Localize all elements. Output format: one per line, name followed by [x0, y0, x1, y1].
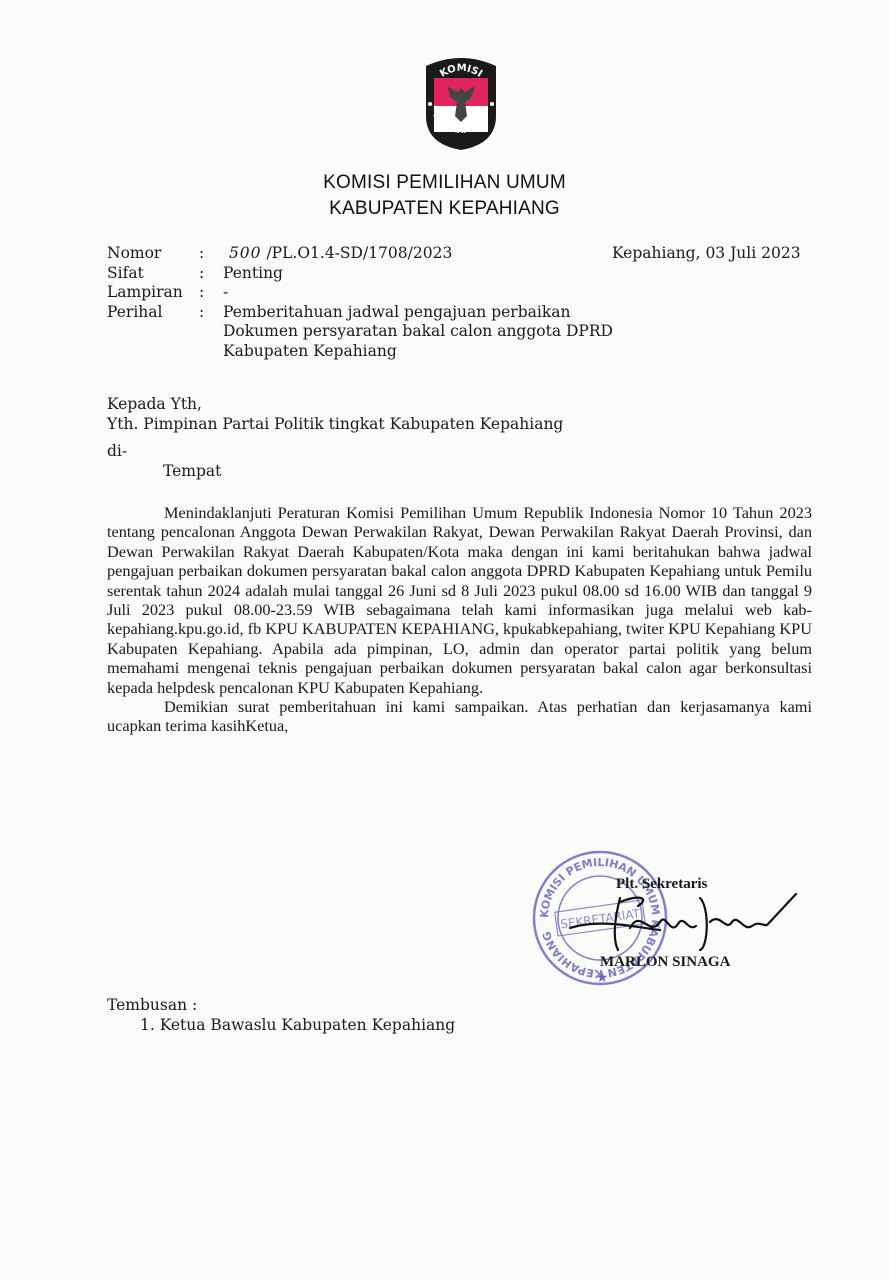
letter-meta: Nomor : 500 /PL.O1.4-SD/1708/2023 Sifat …: [107, 244, 643, 361]
place-date: Kepahiang, 03 Juli 2023: [612, 244, 801, 262]
sifat-label: Sifat: [107, 264, 199, 284]
tembusan: Tembusan : 1. Ketua Bawaslu Kabupaten Ke…: [107, 995, 455, 1035]
lampiran-value: -: [223, 283, 643, 303]
meta-nomor: Nomor : 500 /PL.O1.4-SD/1708/2023: [107, 244, 643, 264]
address-di: di-: [107, 442, 563, 462]
body-paragraph-1: Menindaklanjuti Peraturan Komisi Pemilih…: [107, 503, 812, 697]
nomor-handwritten: 500: [223, 244, 262, 262]
nomor-label: Nomor: [107, 244, 199, 264]
kpu-logo-icon: KOMISI PEMILIHAN UMUM: [418, 52, 504, 152]
colon: :: [199, 244, 223, 264]
perihal-label: Perihal: [107, 303, 199, 362]
colon: :: [199, 264, 223, 284]
colon: :: [199, 283, 223, 303]
meta-sifat: Sifat : Penting: [107, 264, 643, 284]
colon: :: [199, 303, 223, 362]
tembusan-label: Tembusan :: [107, 995, 455, 1015]
meta-perihal: Perihal : Pemberitahuan jadwal pengajuan…: [107, 303, 643, 362]
perihal-value: Pemberitahuan jadwal pengajuan perbaikan…: [223, 303, 613, 362]
svg-text:★: ★: [596, 971, 609, 986]
sifat-value: Penting: [223, 264, 643, 284]
body-paragraph-2: Demikian surat pemberitahuan ini kami sa…: [107, 697, 812, 736]
signature-block: KOMISI PEMILIHAN UMUM KABUPATEN KEPAHIAN…: [530, 848, 800, 1008]
nomor-value: 500 /PL.O1.4-SD/1708/2023: [223, 244, 643, 264]
address-recipient: Yth. Pimpinan Partai Politik tingkat Kab…: [107, 415, 563, 435]
handwritten-signature-icon: [560, 888, 800, 958]
address-salutation: Kepada Yth,: [107, 395, 563, 415]
address-place: Tempat: [107, 462, 563, 482]
recipient-address: Kepada Yth, Yth. Pimpinan Partai Politik…: [107, 395, 563, 481]
org-line-2: KABUPATEN KEPAHIANG: [0, 196, 889, 222]
signatory-name: MARLON SINAGA: [600, 954, 730, 971]
organization-name: KOMISI PEMILIHAN UMUM KABUPATEN KEPAHIAN…: [0, 170, 889, 222]
org-line-1: KOMISI PEMILIHAN UMUM: [0, 170, 889, 196]
letter-body: Menindaklanjuti Peraturan Komisi Pemilih…: [107, 503, 812, 736]
lampiran-label: Lampiran: [107, 283, 199, 303]
meta-lampiran: Lampiran : -: [107, 283, 643, 303]
tembusan-item: 1. Ketua Bawaslu Kabupaten Kepahiang: [107, 1015, 455, 1035]
